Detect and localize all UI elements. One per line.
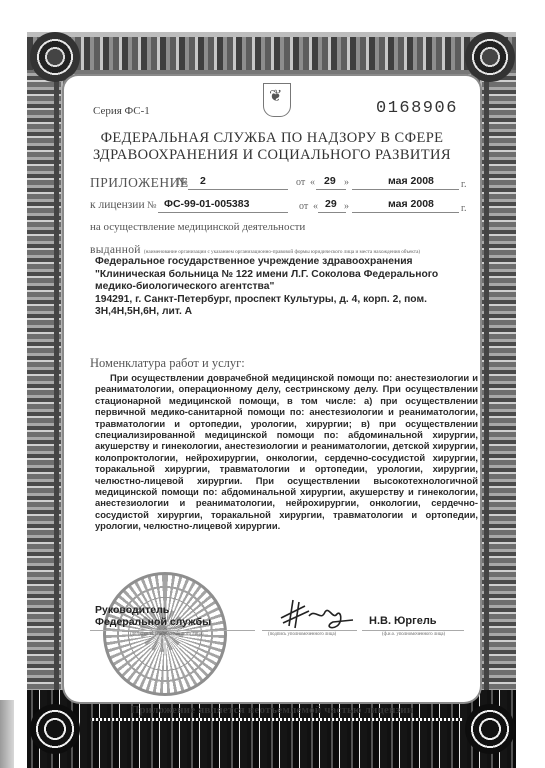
signatory-position: Руководитель Федеральной службы [95, 604, 211, 628]
license-num-sign: № [147, 200, 157, 211]
nomenclature-label: Номенклатура работ и услуг: [90, 356, 245, 371]
position-line2: Федеральной службы [95, 616, 211, 628]
corner-rosette-icon [465, 32, 515, 82]
license-month-year: мая 2008 [388, 198, 434, 210]
license-year-suffix: г. [461, 203, 466, 214]
form-number: 0168906 [376, 99, 458, 118]
organization-block: Федеральное государственное учреждение з… [95, 256, 475, 319]
appendix-number: 2 [200, 175, 206, 187]
quote-open: « [313, 201, 318, 212]
frame-right-border [482, 70, 516, 710]
handwritten-signature-icon [275, 596, 355, 630]
appendix-day: 29 [324, 175, 336, 187]
frame-top-border [27, 32, 516, 74]
agency-title-line2: ЗДРАВООХРАНЕНИЯ И СОЦИАЛЬНОГО РАЗВИТИЯ [64, 147, 480, 164]
coat-of-arms-icon [263, 83, 291, 117]
quote-open: « [310, 177, 315, 188]
services-list: При осуществлении доврачебной медицинско… [95, 372, 478, 532]
form-series: Серия ФС-1 [93, 105, 150, 117]
appendix-num-sign: № [177, 176, 188, 188]
position-caption: (должность уполномоченного лица) [130, 632, 203, 637]
frame-left-border [27, 70, 61, 710]
position-line1: Руководитель [95, 604, 211, 616]
license-number: ФС-99-01-005383 [164, 198, 249, 210]
footer-note: Приложение является неотъемлемой частью … [64, 704, 480, 716]
signature-caption: (подпись уполномоченного лица) [268, 632, 336, 637]
issued-label: выданной [90, 244, 141, 256]
name-caption: (ф.и.о. уполномоченного лица) [382, 632, 445, 637]
footer-dotted-divider [90, 718, 463, 721]
issued-to-label-row: выданной (наименование организации с ука… [90, 244, 420, 256]
quote-close: » [344, 177, 349, 188]
appendix-from-label: от [296, 177, 305, 188]
issued-caption: (наименование организации с указанием ор… [144, 249, 420, 255]
appendix-year-suffix: г. [461, 179, 466, 190]
corner-rosette-icon [30, 32, 80, 82]
signer-name: Н.В. Юргель [369, 615, 437, 627]
quote-close: » [344, 201, 349, 212]
agency-title-line1: ФЕДЕРАЛЬНАЯ СЛУЖБА ПО НАДЗОРУ В СФЕРЕ [64, 130, 480, 147]
organization-address: 194291, г. Санкт-Петербург, проспект Кул… [95, 294, 475, 319]
license-from-label: от [299, 201, 308, 212]
organization-name: Федеральное государственное учреждение з… [95, 256, 475, 294]
license-day: 29 [325, 198, 337, 210]
agency-title: ФЕДЕРАЛЬНАЯ СЛУЖБА ПО НАДЗОРУ В СФЕРЕ ЗД… [64, 130, 480, 164]
appendix-month-year: мая 2008 [388, 175, 434, 187]
scan-edge-shadow [0, 700, 14, 768]
activity-type: на осуществление медицинской деятельност… [90, 221, 305, 233]
appendix-label: ПРИЛОЖЕНИЕ [90, 175, 189, 191]
license-label: к лицензии [90, 199, 145, 211]
